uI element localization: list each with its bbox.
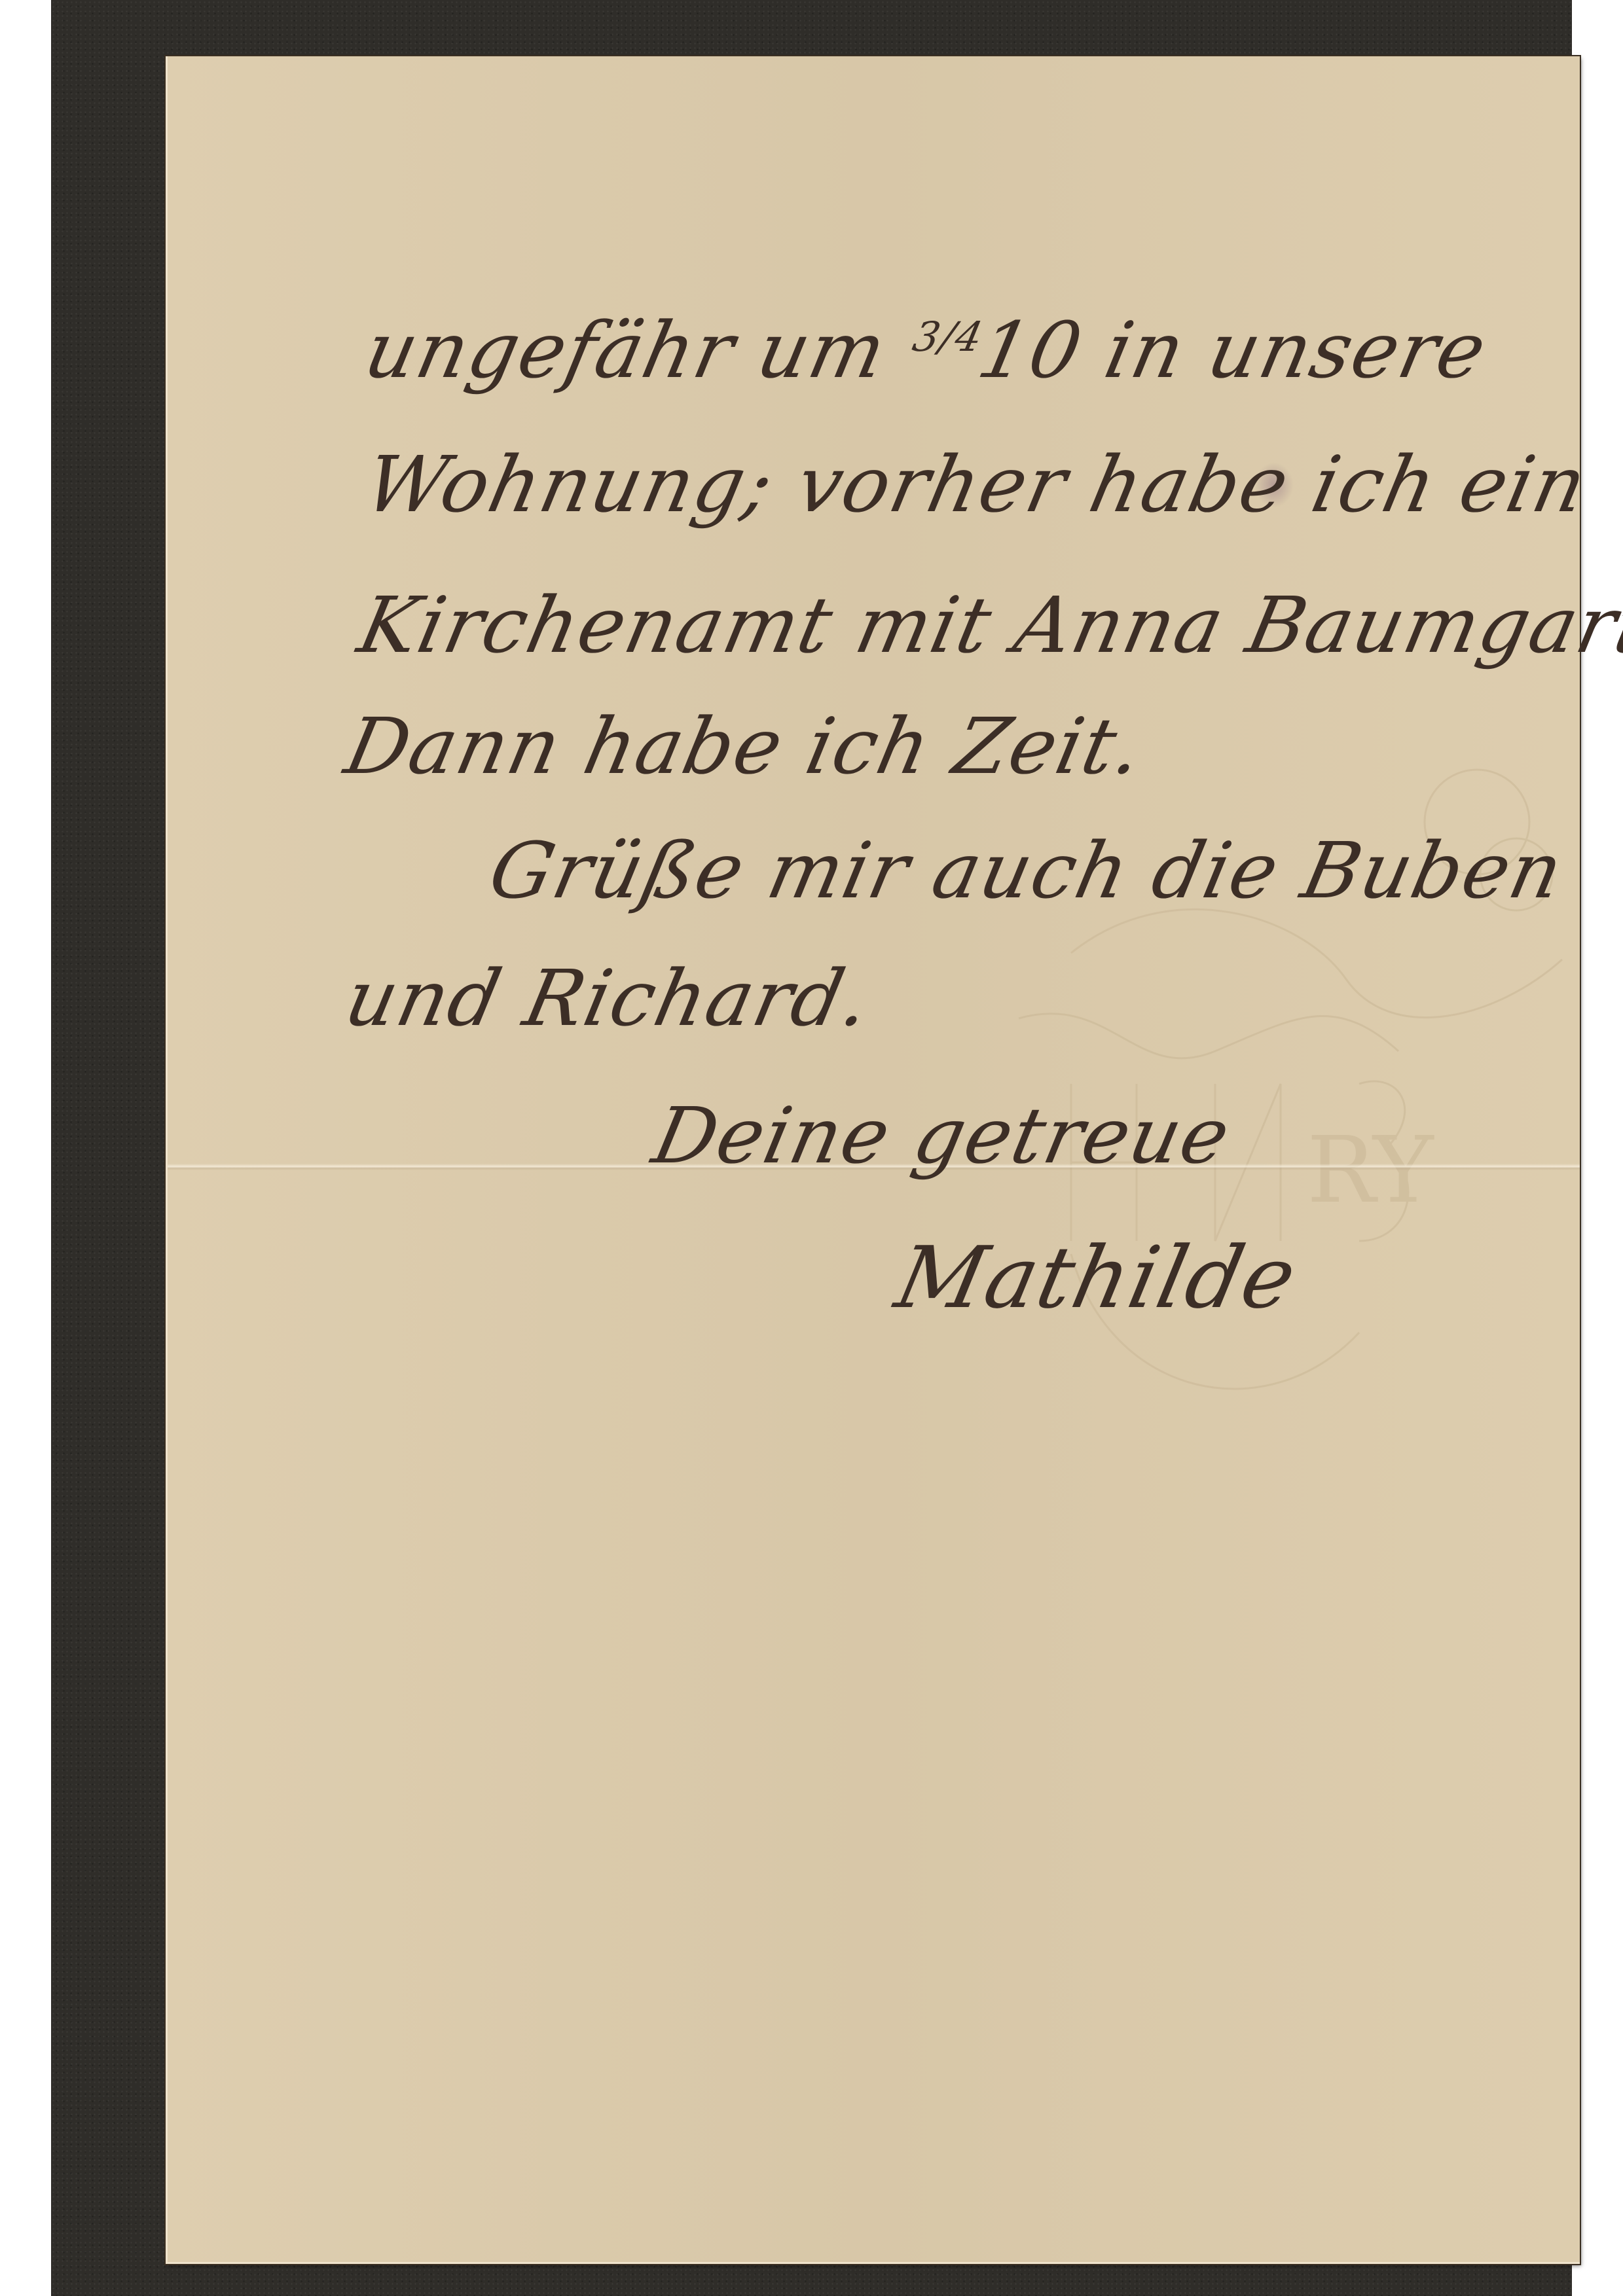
- letter-signature: Mathilde: [888, 1228, 1305, 1327]
- letter-paper: RY ungefähr um 3/410 in unsere Wohnung; …: [166, 56, 1580, 2264]
- svg-text:RY: RY: [1307, 1117, 1434, 1224]
- letter-line-2: Wohnung; vorher habe ich ein: [357, 439, 1595, 529]
- line-1-start: ungefähr um: [357, 305, 921, 395]
- dark-mount-background: RY ungefähr um 3/410 in unsere Wohnung; …: [51, 0, 1572, 2296]
- letter-line-4: Dann habe ich Zeit.: [338, 701, 1152, 791]
- letter-line-1: ungefähr um 3/410 in unsere: [357, 305, 1495, 395]
- letter-line-6: und Richard.: [338, 953, 879, 1043]
- line-1-end: 10 in unsere: [970, 305, 1495, 395]
- time-fraction: 3/4: [909, 313, 988, 361]
- letter-line-3: Kirchenamt mit Anna Baumgarten.: [351, 580, 1623, 670]
- letter-line-5: Grüße mir auch die Buben: [482, 825, 1571, 916]
- letter-closing: Deine getreue: [646, 1090, 1239, 1181]
